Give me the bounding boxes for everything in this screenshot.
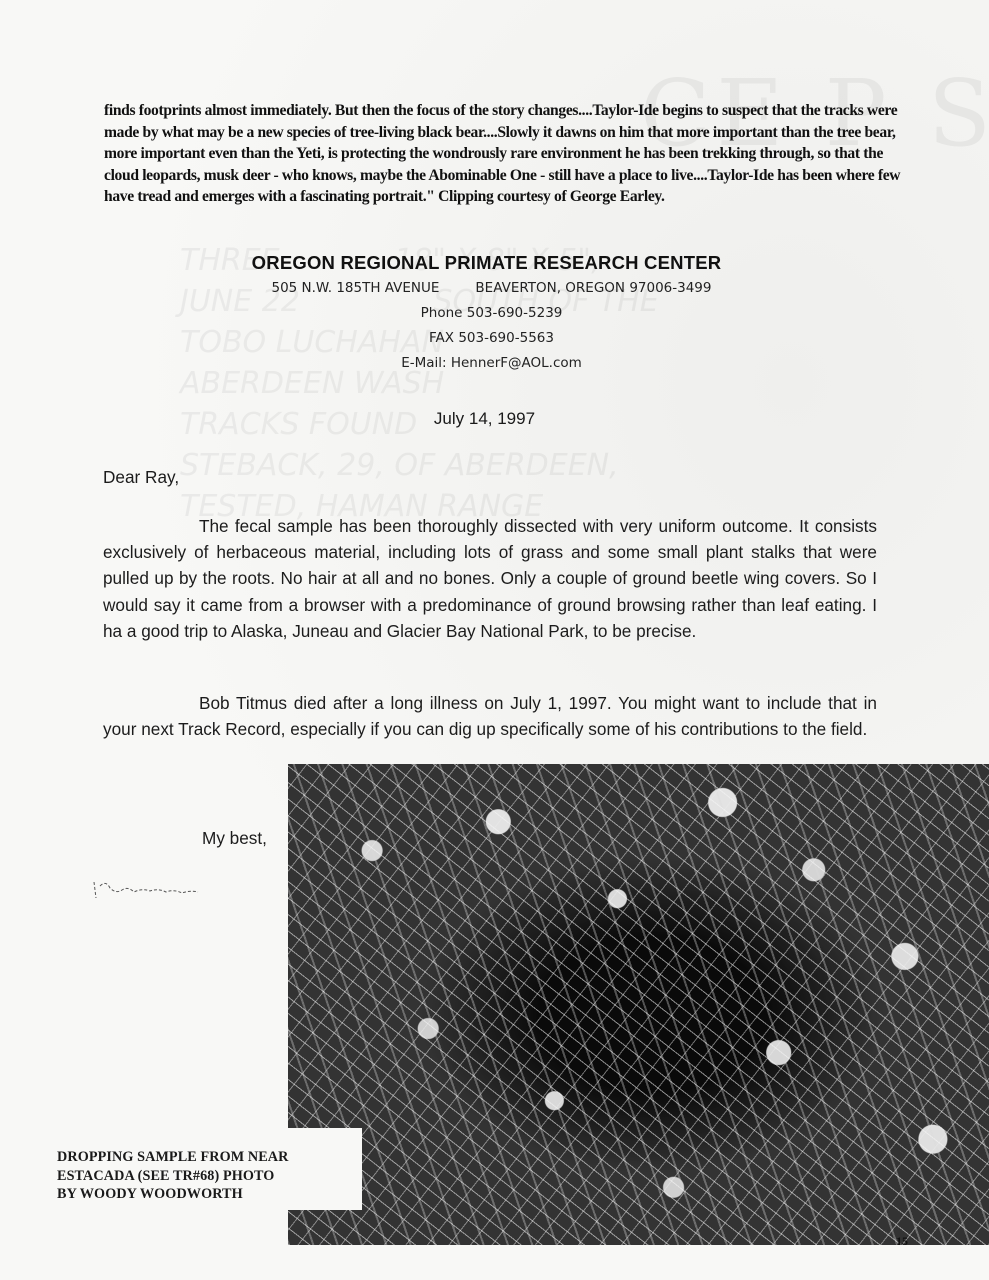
dropping-sample-photo <box>288 764 989 1245</box>
email-address: E-Mail: HennerF@AOL.com <box>0 351 989 376</box>
caption-line: ESTACADA (SEE TR#68) PHOTO <box>57 1167 288 1186</box>
fax-number: FAX 503-690-5563 <box>0 326 989 351</box>
paragraph-text: The fecal sample has been thoroughly dis… <box>103 516 877 641</box>
photo-caption: DROPPING SAMPLE FROM NEAR ESTACADA (SEE … <box>57 1148 288 1204</box>
caption-line: BY WOODY WOODWORTH <box>57 1185 288 1204</box>
letter-paragraph: The fecal sample has been thoroughly dis… <box>103 513 877 644</box>
clipping-paragraph: finds footprints almost immediately. But… <box>104 100 904 208</box>
page-number: 15 <box>896 1234 908 1249</box>
paragraph-text: Bob Titmus died after a long illness on … <box>103 693 877 739</box>
signature <box>92 876 212 906</box>
address-line: 505 N.W. 185TH AVENUEBEAVERTON, OREGON 9… <box>0 276 989 301</box>
letter-paragraph: Bob Titmus died after a long illness on … <box>103 690 877 742</box>
caption-line: DROPPING SAMPLE FROM NEAR <box>57 1148 288 1167</box>
caption-notch <box>288 1128 362 1210</box>
phone-number: Phone 503-690-5239 <box>0 301 989 326</box>
salutation: Dear Ray, <box>103 464 877 490</box>
letterhead: OREGON REGIONAL PRIMATE RESEARCH CENTER … <box>0 250 989 376</box>
letter-date: July 14, 1997 <box>0 409 979 429</box>
street-address: 505 N.W. 185TH AVENUE <box>271 280 439 296</box>
city-address: BEAVERTON, OREGON 97006-3499 <box>475 280 711 296</box>
organization-name: OREGON REGIONAL PRIMATE RESEARCH CENTER <box>0 250 989 276</box>
letter-closing: My best, <box>202 828 267 849</box>
